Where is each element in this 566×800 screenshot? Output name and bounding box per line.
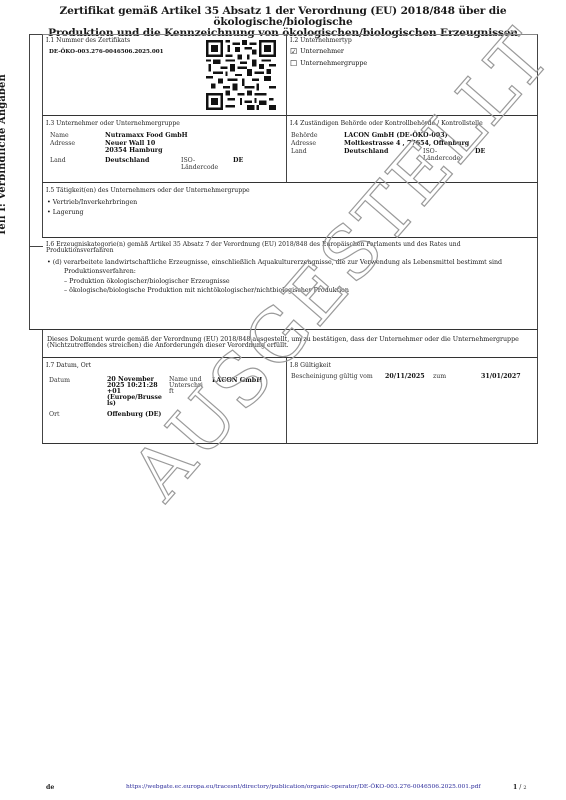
date-label: Datum <box>49 377 70 384</box>
option-operator: ☑Unternehmer <box>290 48 344 55</box>
section-title: I.5 Tätigkeit(en) des Unternehmers oder … <box>46 187 250 194</box>
activity-item: • Lagerung <box>47 209 84 216</box>
footer-language: de <box>46 784 54 791</box>
issue-date: 20 November2025 10:21:28+01(Europe/Bruss… <box>107 377 162 407</box>
page-indicator: 1 / 2 <box>513 784 527 791</box>
section-validity: I.8 Gültigkeit Bescheinigung gültig vom … <box>286 358 538 444</box>
certificate-number: DE-ÖKO-003.276-0046506.2025.001 <box>49 49 164 56</box>
operator-name: Nutramaxx Food GmbH <box>105 132 188 139</box>
qr-code-icon <box>206 40 276 110</box>
part-sidebar <box>29 34 43 247</box>
option-operator-group: ☐Unternehmergruppe <box>290 60 367 67</box>
country-label: Land <box>50 157 66 164</box>
valid-to-date: 31/01/2027 <box>481 373 521 380</box>
address-label: Adresse <box>50 140 75 147</box>
section-activities: I.5 Tätigkeit(en) des Unternehmers oder … <box>42 183 538 238</box>
title-line-1: Zertifikat gemäß Artikel 35 Absatz 1 der… <box>0 6 566 28</box>
valid-from-date: 20/11/2025 <box>385 373 425 380</box>
operator-iso-code: DE <box>233 157 243 164</box>
production-method: – Produktion ökologischer/biologischer E… <box>64 278 230 285</box>
section-title: I.3 Unternehmer oder Unternehmergruppe <box>46 120 180 127</box>
section-title-line2: Produktionsverfahren <box>46 247 114 254</box>
methods-label: Produktionsverfahren: <box>64 268 136 275</box>
valid-to-label: zum <box>433 373 446 380</box>
authority-label: Behörde <box>291 132 318 139</box>
checkbox-unchecked-icon: ☐ <box>290 61 297 67</box>
footer-url-link[interactable]: https://webgate.ec.europa.eu/tracesnt/di… <box>126 784 481 790</box>
section-title: I.1 Nummer des Zertifikats <box>46 37 130 44</box>
part-label: Teil I: Verbindliche Angaben <box>0 74 8 236</box>
place-label: Ort <box>49 411 60 418</box>
operator-address-line1: Neuer Wall 10 <box>105 140 155 147</box>
activity-item: • Vertrieb/Inverkehrbringen <box>47 199 137 206</box>
operator-address-line2: 20354 Hamburg <box>105 147 163 154</box>
iso-label: ISO-Ländercode <box>181 157 218 171</box>
name-label: Name <box>50 132 69 139</box>
section-title: I.2 Unternehmertyp <box>290 37 352 44</box>
page-total: 2 <box>523 785 526 791</box>
country-label: Land <box>291 148 307 155</box>
operator-country: Deutschland <box>105 157 149 164</box>
checkbox-checked-icon: ☑ <box>290 49 297 55</box>
section-title: I.7 Datum, Ort <box>46 362 91 369</box>
product-category: • (d) verarbeitete landwirtschaftliche E… <box>47 259 502 266</box>
section-operator: I.3 Unternehmer oder Unternehmergruppe N… <box>42 116 286 183</box>
address-label: Adresse <box>291 140 316 147</box>
valid-from-label: Bescheinigung gültig vom <box>291 373 373 380</box>
